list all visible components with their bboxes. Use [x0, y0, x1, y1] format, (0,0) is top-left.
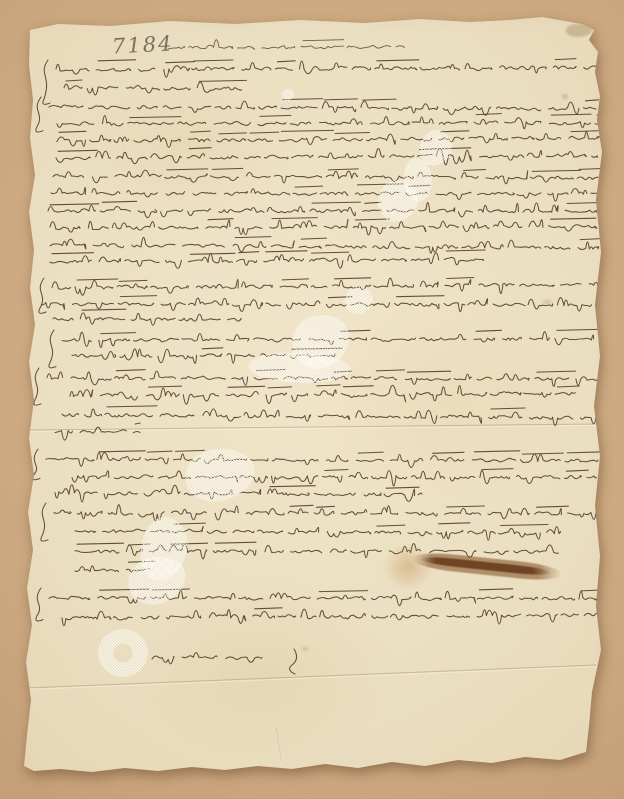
manuscript-paper: 7184 dj xj dj febraio 1483 — [0, 0, 624, 799]
scan-backdrop: 7184 dj xj dj febraio 1483 — [0, 0, 624, 799]
stain-blot — [540, 297, 554, 307]
stain-blot — [382, 543, 434, 591]
corner-tear-mark — [566, 24, 592, 37]
paper-sheet: 7184 dj xj dj febraio 1483 — [0, 0, 624, 799]
fold-creases — [0, 0, 624, 799]
catalog-number: 7184 — [111, 31, 174, 58]
stain-streak — [412, 550, 563, 583]
handwriting-ink — [0, 0, 624, 799]
stain-blot — [560, 92, 570, 101]
stain-blot — [300, 645, 310, 653]
stain-streak — [420, 555, 552, 577]
paper-edge-shading — [0, 0, 624, 799]
